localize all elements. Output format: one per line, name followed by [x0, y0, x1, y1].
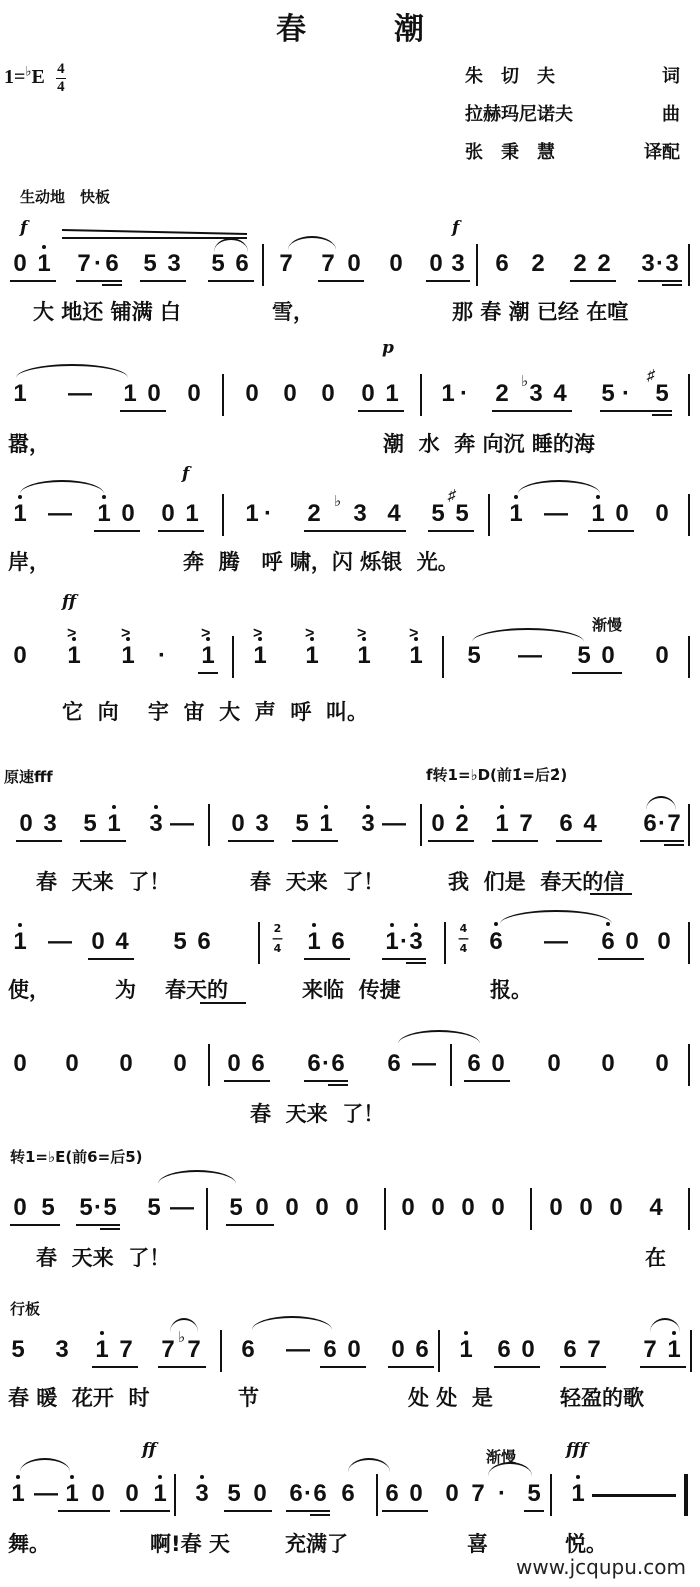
note: 0 — [428, 250, 444, 278]
barline — [222, 494, 224, 536]
barline — [220, 1330, 222, 1372]
note: · — [260, 500, 276, 528]
note: 6 — [494, 250, 510, 278]
beam — [224, 1510, 272, 1512]
note: 0 — [490, 1050, 506, 1078]
beam — [224, 1080, 270, 1082]
note: 6 — [330, 1050, 346, 1078]
note: · — [154, 642, 170, 670]
note: 0 — [12, 1050, 28, 1078]
credit-role: 译配 — [644, 138, 680, 164]
note: 1 — [384, 380, 400, 408]
lyric: 为 — [115, 974, 136, 1004]
note: 7 — [642, 1336, 658, 1364]
beam — [428, 840, 474, 842]
beam — [560, 1366, 606, 1368]
note: 5 — [172, 928, 188, 956]
note: 2 — [306, 500, 322, 528]
barline — [376, 1474, 378, 1516]
note: 0 — [64, 1050, 80, 1078]
lyric: 使， — [8, 974, 50, 1004]
lyric: 我 们是 春天的信 — [448, 866, 624, 896]
note: 0 — [230, 810, 246, 838]
staff-line-6: 1 — 0 4 5 6 2—4 1 6 1 · 3 4—4 6 — 6 0 0 — [0, 918, 700, 966]
note: 6 — [600, 928, 616, 956]
note: 0 — [118, 1050, 134, 1078]
note: 1 — [12, 380, 28, 408]
note: 6 — [340, 1480, 356, 1508]
note: 6 — [330, 928, 346, 956]
beam — [198, 672, 218, 674]
lyric: 充满了 — [285, 1528, 348, 1558]
credit-composer: 拉赫玛尼诺夫 曲 — [465, 100, 680, 126]
note: 6 — [104, 250, 120, 278]
note: 0 — [654, 1050, 670, 1078]
note: 1 — [184, 500, 200, 528]
duration-dashes — [592, 1494, 676, 1497]
staff-line-9: 5 3 1 7 7 7♭ 6 — 6 0 0 6 1 6 0 6 7 7 1 — [0, 1326, 700, 1374]
note: 0 — [400, 1194, 416, 1222]
note: 1 — [64, 1480, 80, 1508]
lyric: 来临 传捷 — [302, 974, 401, 1004]
note: 0 — [172, 1050, 188, 1078]
barline — [476, 244, 478, 286]
note: 0 — [282, 380, 298, 408]
note: 6 — [386, 1050, 402, 1078]
key-change-marking: 转1=♭E(前6=后5) — [10, 1146, 142, 1167]
note: 3 — [664, 250, 680, 278]
note: 5 — [294, 810, 310, 838]
flat-icon: ♭ — [178, 1324, 185, 1352]
beam — [556, 840, 602, 842]
staff-line-8: 0 5 5 · 5 5 — 5 0 0 0 0 0 0 0 0 0 0 0 4 — [0, 1184, 700, 1232]
lyric: 潮 水 奔 向沉 睡的海 — [383, 428, 595, 458]
note: 0 — [600, 1050, 616, 1078]
note: 1 — [590, 500, 606, 528]
beam — [406, 962, 426, 964]
tie — [472, 628, 584, 642]
barline — [258, 922, 260, 964]
time-bottom: 4 — [57, 79, 65, 95]
lyric: 喜 — [467, 1528, 488, 1558]
beam — [640, 840, 684, 842]
note: 5 — [82, 810, 98, 838]
time-signature-4-4: 4—4 — [458, 924, 469, 954]
beam — [428, 530, 474, 532]
beam — [286, 1510, 330, 1512]
note: 5 — [228, 1194, 244, 1222]
note: 5 — [210, 250, 226, 278]
note: 5 — [600, 380, 616, 408]
note: 0 — [430, 1194, 446, 1222]
barline — [262, 244, 264, 286]
dynamic-ff: ff — [62, 592, 76, 612]
note: 0 — [546, 1050, 562, 1078]
title-char-2: 潮 — [394, 4, 424, 48]
note: 1 — [36, 250, 52, 278]
beam — [464, 1080, 510, 1082]
note: 7♭ — [186, 1336, 202, 1364]
note: 0 — [444, 1480, 460, 1508]
beam — [304, 530, 406, 532]
note: — — [68, 380, 84, 408]
note: — — [48, 928, 64, 956]
note: 6 — [322, 1336, 338, 1364]
lyric: 嚣， — [8, 428, 50, 458]
note: 3 — [194, 1480, 210, 1508]
note: 1> — [304, 642, 320, 670]
barline — [688, 804, 690, 846]
note: 0 — [490, 1194, 506, 1222]
credit-name: 拉赫玛尼诺夫 — [465, 104, 573, 125]
note: 3 — [148, 810, 164, 838]
note: 3 — [408, 928, 424, 956]
time-signature: 4 4 — [56, 62, 66, 95]
beam — [94, 530, 140, 532]
beam — [120, 1510, 170, 1512]
note: 1 — [306, 928, 322, 956]
tie — [348, 1458, 390, 1472]
staff-line-5: 0 3 5 1 3 — 0 3 5 1 3 — 0 2 1 7 6 4 6 · … — [0, 800, 700, 848]
note: 6 — [384, 1480, 400, 1508]
tempo-dynamic-marking: 原速fff — [4, 766, 53, 787]
sharp-icon: ♯ — [647, 362, 655, 390]
time-top: 4 — [57, 61, 65, 77]
beam — [208, 280, 254, 282]
beam — [80, 840, 126, 842]
note: 6 — [196, 928, 212, 956]
note: 7 — [320, 250, 336, 278]
lyric: 春 天来 了！ — [250, 866, 384, 896]
sharp-icon: ♯ — [448, 482, 456, 510]
note: 1 — [458, 1336, 474, 1364]
beam — [228, 840, 274, 842]
credit-role: 曲 — [662, 100, 680, 126]
tie — [518, 480, 600, 494]
barline — [450, 1044, 452, 1086]
tie — [288, 236, 336, 250]
flat-icon: ♭ — [334, 488, 341, 516]
barline — [688, 1044, 690, 1086]
note: 5 — [10, 1336, 26, 1364]
note: 0 — [12, 250, 28, 278]
note: · — [456, 380, 472, 408]
note: 0 — [408, 1480, 424, 1508]
barline — [688, 636, 690, 678]
beam — [158, 530, 204, 532]
note: 5 — [526, 1480, 542, 1508]
note: 2 — [596, 250, 612, 278]
lyric: 春 天来 了！ — [36, 1242, 170, 1272]
staff-line-10: 1 — 1 0 0 1 3 5 0 6 · 6 6 6 0 0 7 · 5 1 — [0, 1470, 700, 1518]
staff-line-7: 0 0 0 0 0 6 6 · 6 6 — 6 0 0 0 0 — [0, 1040, 700, 1088]
note: — — [544, 928, 560, 956]
barline — [438, 1330, 440, 1372]
note: 0 — [120, 500, 136, 528]
beam — [76, 280, 122, 282]
note: 1 — [12, 928, 28, 956]
beam — [572, 672, 622, 674]
barline — [420, 374, 422, 416]
beam — [640, 1366, 686, 1368]
barline — [688, 374, 690, 416]
note: 7 — [586, 1336, 602, 1364]
note: 4 — [648, 1194, 664, 1222]
barline — [384, 1188, 386, 1230]
barline — [530, 1188, 532, 1230]
barline — [444, 922, 446, 964]
lyric: 奔 腾 呼 啸，闪 烁银 光。 — [183, 546, 459, 576]
beam — [388, 1366, 434, 1368]
note: 1 — [666, 1336, 682, 1364]
note: 0 — [226, 1050, 242, 1078]
note: 0 — [520, 1336, 536, 1364]
lyric: 春 天来 了！ — [250, 1098, 384, 1128]
barline — [420, 804, 422, 846]
note: 3 — [42, 810, 58, 838]
note: 3 — [450, 250, 466, 278]
key-name: E — [32, 66, 45, 88]
barline — [174, 1474, 176, 1516]
slur — [650, 1318, 680, 1332]
credit-name: 朱 切 夫 — [465, 66, 555, 87]
beam — [310, 1514, 330, 1516]
barline — [208, 1044, 210, 1086]
key-signature: 1=♭E 4 4 — [4, 62, 66, 95]
note: 5 — [146, 1194, 162, 1222]
note: 1 — [152, 1480, 168, 1508]
note: 0 — [160, 500, 176, 528]
beam — [304, 1080, 348, 1082]
beam — [382, 1510, 428, 1512]
note: 0 — [656, 928, 672, 956]
beam — [102, 284, 122, 286]
note: 1 — [570, 1480, 586, 1508]
note: 0 — [18, 810, 34, 838]
note: 5 — [102, 1194, 118, 1222]
note: — — [412, 1050, 428, 1078]
note: 5 — [576, 642, 592, 670]
credit-role: 词 — [662, 62, 680, 88]
note: 1 — [106, 810, 122, 838]
note: 3♭ — [352, 500, 368, 528]
note: 7 — [518, 810, 534, 838]
lyric: 雪， — [272, 296, 314, 326]
note: 7 — [118, 1336, 134, 1364]
note: 7 — [666, 810, 682, 838]
note: 6 — [312, 1480, 328, 1508]
note: 4 — [386, 500, 402, 528]
note: 2 — [572, 250, 588, 278]
beam — [494, 1366, 540, 1368]
note: 0 — [186, 380, 202, 408]
beam — [304, 958, 350, 960]
credit-lyricist: 朱 切 夫 词 — [465, 62, 680, 88]
note: 6 — [562, 1336, 578, 1364]
note: 1 — [244, 500, 260, 528]
note: 1 — [10, 1480, 26, 1508]
note: 7 — [470, 1480, 486, 1508]
beam — [58, 1510, 110, 1512]
dynamic-f: f — [182, 464, 189, 484]
note: 0 — [548, 1194, 564, 1222]
dynamic-ff: ff — [142, 1440, 156, 1460]
note: — — [48, 500, 64, 528]
note: 6 — [466, 1050, 482, 1078]
tie — [500, 910, 612, 924]
lyric: 春 暖 花开 时 — [8, 1382, 150, 1412]
note: 1 — [494, 810, 510, 838]
note: 3 — [360, 810, 376, 838]
note: 0 — [314, 1194, 330, 1222]
beam — [662, 284, 682, 286]
key-change-marking: f转1=♭D(前1̇=后2̇) — [426, 764, 567, 785]
tie — [398, 1030, 480, 1044]
dynamic-fff: fff — [566, 1440, 587, 1460]
note: · — [494, 1480, 510, 1508]
note: 6 — [234, 250, 250, 278]
note: 0 — [608, 1194, 624, 1222]
note: 4 — [114, 928, 130, 956]
note: 3 — [54, 1336, 70, 1364]
note: 7 — [160, 1336, 176, 1364]
note: 0 — [344, 1194, 360, 1222]
final-barline — [684, 1474, 688, 1516]
note: 1 — [122, 380, 138, 408]
note: 5 — [466, 642, 482, 670]
note: 5 — [226, 1480, 242, 1508]
note: 1> — [408, 642, 424, 670]
note: 6 — [240, 1336, 256, 1364]
credit-name: 张 秉 慧 — [465, 142, 555, 163]
beam — [598, 958, 644, 960]
note: 5♯ — [454, 500, 470, 528]
note: 1 — [508, 500, 524, 528]
flat-icon: ♭ — [521, 368, 528, 396]
note: — — [170, 1194, 186, 1222]
note: 5♯ — [654, 380, 670, 408]
note: 1 — [12, 500, 28, 528]
note: 1 — [318, 810, 334, 838]
lyric: 岸， — [8, 546, 50, 576]
dynamic-f: f — [20, 218, 27, 238]
lyric: 节 — [238, 1382, 259, 1412]
staff-line-1: 0 1 7 · 6 5 3 5 6 7 7 0 0 0 3 6 2 2 2 3 … — [0, 240, 700, 288]
barline — [488, 494, 490, 536]
note: 6 — [250, 1050, 266, 1078]
note: 5 — [430, 500, 446, 528]
barline — [688, 494, 690, 536]
note: 5 — [142, 250, 158, 278]
note: 1> — [120, 642, 136, 670]
title-char-1: 春 — [276, 4, 306, 48]
watermark: www.jcqupu.com — [516, 1555, 686, 1579]
note: 1> — [252, 642, 268, 670]
beam — [140, 280, 186, 282]
note: 4 — [552, 380, 568, 408]
note: · — [618, 380, 634, 408]
note: 0 — [624, 928, 640, 956]
note: 1 — [96, 500, 112, 528]
beam — [382, 958, 426, 960]
note: 6 — [558, 810, 574, 838]
lyric: 舞。 — [8, 1528, 50, 1558]
note: 0 — [146, 380, 162, 408]
beam — [120, 410, 166, 412]
lyric: 啊!春 天 — [150, 1528, 230, 1558]
staff-line-4: 0 1> 1> · 1> 1> 1> 1> 1> 5 — 5 0 0 — [0, 632, 700, 680]
note: 0 — [600, 642, 616, 670]
note: 1> — [66, 642, 82, 670]
staff-line-2: 1 — 1 0 0 0 0 0 0 1 1 · 2 3♭ 4 5 · 5♯ — [0, 370, 700, 418]
tie — [158, 1170, 236, 1184]
note: — — [170, 810, 186, 838]
note: 3 — [254, 810, 270, 838]
barline — [206, 1188, 208, 1230]
beam — [76, 1224, 120, 1226]
lyric: 春 天来 了！ — [36, 866, 170, 896]
note: 0 — [284, 1194, 300, 1222]
note: 0 — [388, 250, 404, 278]
beam — [358, 410, 404, 412]
note: 0 — [252, 1480, 268, 1508]
lyric: 报。 — [490, 974, 532, 1004]
note: 0 — [654, 642, 670, 670]
beam — [426, 280, 470, 282]
note: 0 — [460, 1194, 476, 1222]
beam — [328, 1084, 348, 1086]
note: 2 — [530, 250, 546, 278]
lyric: 轻盈的歌 — [560, 1382, 644, 1412]
time-signature-2-4: 2—4 — [272, 924, 283, 954]
tie — [20, 1458, 70, 1472]
note: 0 — [90, 1480, 106, 1508]
note: 0 — [12, 642, 28, 670]
beam — [524, 1510, 544, 1512]
beam — [16, 840, 62, 842]
note: 0 — [654, 500, 670, 528]
song-title: 春潮 — [0, 4, 700, 48]
beam — [570, 280, 616, 282]
lyric: 它 向 宇 宙 大 声 呼 叫。 — [62, 696, 368, 726]
beam — [226, 1224, 274, 1226]
beam — [588, 530, 634, 532]
note: 0 — [430, 810, 446, 838]
lyric: 在 — [645, 1242, 666, 1272]
beam — [292, 840, 338, 842]
note: 0 — [346, 1336, 362, 1364]
note: — — [518, 642, 534, 670]
note: 6 — [496, 1336, 512, 1364]
note: — — [34, 1480, 50, 1508]
note: 0 — [124, 1480, 140, 1508]
tempo-text: 原速fff — [4, 768, 53, 786]
note: 0 — [346, 250, 362, 278]
lyric-underline — [590, 893, 632, 895]
barline — [688, 922, 690, 964]
note: 4 — [582, 810, 598, 838]
barline — [208, 804, 210, 846]
lyric: 处 处 是 — [408, 1382, 493, 1412]
tie — [20, 480, 104, 494]
note: 0 — [614, 500, 630, 528]
barline — [442, 636, 444, 678]
note: 0 — [360, 380, 376, 408]
beam — [88, 958, 134, 960]
beam — [638, 280, 682, 282]
lyric-underline — [200, 1002, 246, 1004]
barline — [688, 1188, 690, 1230]
